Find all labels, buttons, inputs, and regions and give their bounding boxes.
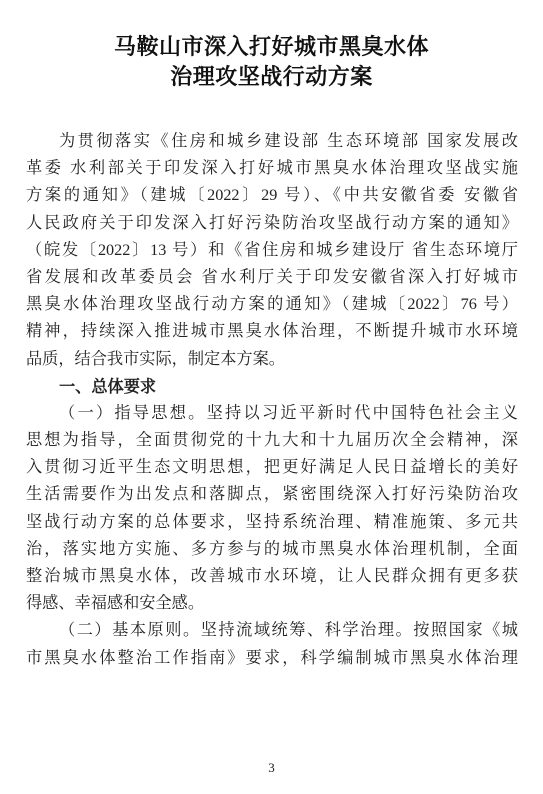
guiding-thought-line: 坚战行动方案的总体要求，坚持系统治理、精准施策、多元共 xyxy=(26,509,518,536)
guiding-thought-line: 生活需要作为出发点和落脚点，紧密围绕深入打好污染防治攻 xyxy=(26,481,518,508)
guiding-thought-line: 整治城市黑臭水体，改善城市水环境，让人民群众拥有更多获 xyxy=(26,563,518,590)
intro-line: 为贯彻落实《住房和城乡建设部 生态环境部 国家发展改 xyxy=(26,128,518,155)
intro-line: 精神，持续深入推进城市黑臭水体治理，不断提升城市水环境 xyxy=(26,318,518,345)
guiding-thought-line: 思想为指导，全面贯彻党的十九大和十九届历次全会精神，深 xyxy=(26,427,518,454)
guiding-thought-line: （一）指导思想。坚持以习近平新时代中国特色社会主义 xyxy=(26,400,518,427)
document-page: 马鞍山市深入打好城市黑臭水体 治理攻坚战行动方案 为贯彻落实《住房和城乡建设部 … xyxy=(0,0,543,794)
section-heading: 一、总体要求 xyxy=(26,373,518,400)
document-title-line-1: 马鞍山市深入打好城市黑臭水体 xyxy=(0,30,543,61)
intro-line: 人民政府关于印发深入打好污染防治攻坚战行动方案的通知》 xyxy=(26,210,518,237)
intro-line: 省发展和改革委员会 省水利厅关于印发安徽省深入打好城市 xyxy=(26,264,518,291)
intro-line: 革委 水利部关于印发深入打好城市黑臭水体治理攻坚战实施 xyxy=(26,155,518,182)
intro-line: 品质，结合我市实际，制定本方案。 xyxy=(26,346,518,373)
document-title-line-2: 治理攻坚战行动方案 xyxy=(0,60,543,91)
basic-principles-line: （二）基本原则。坚持流域统筹、科学治理。按照国家《城 xyxy=(26,617,518,644)
document-body: 为贯彻落实《住房和城乡建设部 生态环境部 国家发展改 革委 水利部关于印发深入打… xyxy=(26,128,518,672)
guiding-thought-line: 入贯彻习近平生态文明思想，把更好满足人民日益增长的美好 xyxy=(26,454,518,481)
guiding-thought-line: 治，落实地方实施、多方参与的城市黑臭水体治理机制，全面 xyxy=(26,536,518,563)
intro-line: 黑臭水体治理攻坚战行动方案的通知》（建城〔2022〕76 号） xyxy=(26,291,518,318)
basic-principles-line: 市黑臭水体整治工作指南》要求，科学编制城市黑臭水体治理 xyxy=(26,645,518,672)
intro-line: （皖发〔2022〕13 号）和《省住房和城乡建设厅 省生态环境厅 xyxy=(26,237,518,264)
guiding-thought-line: 得感、幸福感和安全感。 xyxy=(26,590,518,617)
intro-line: 方案的通知》（建城〔2022〕29 号）、《中共安徽省委 安徽省 xyxy=(26,182,518,209)
page-number: 3 xyxy=(0,760,543,776)
